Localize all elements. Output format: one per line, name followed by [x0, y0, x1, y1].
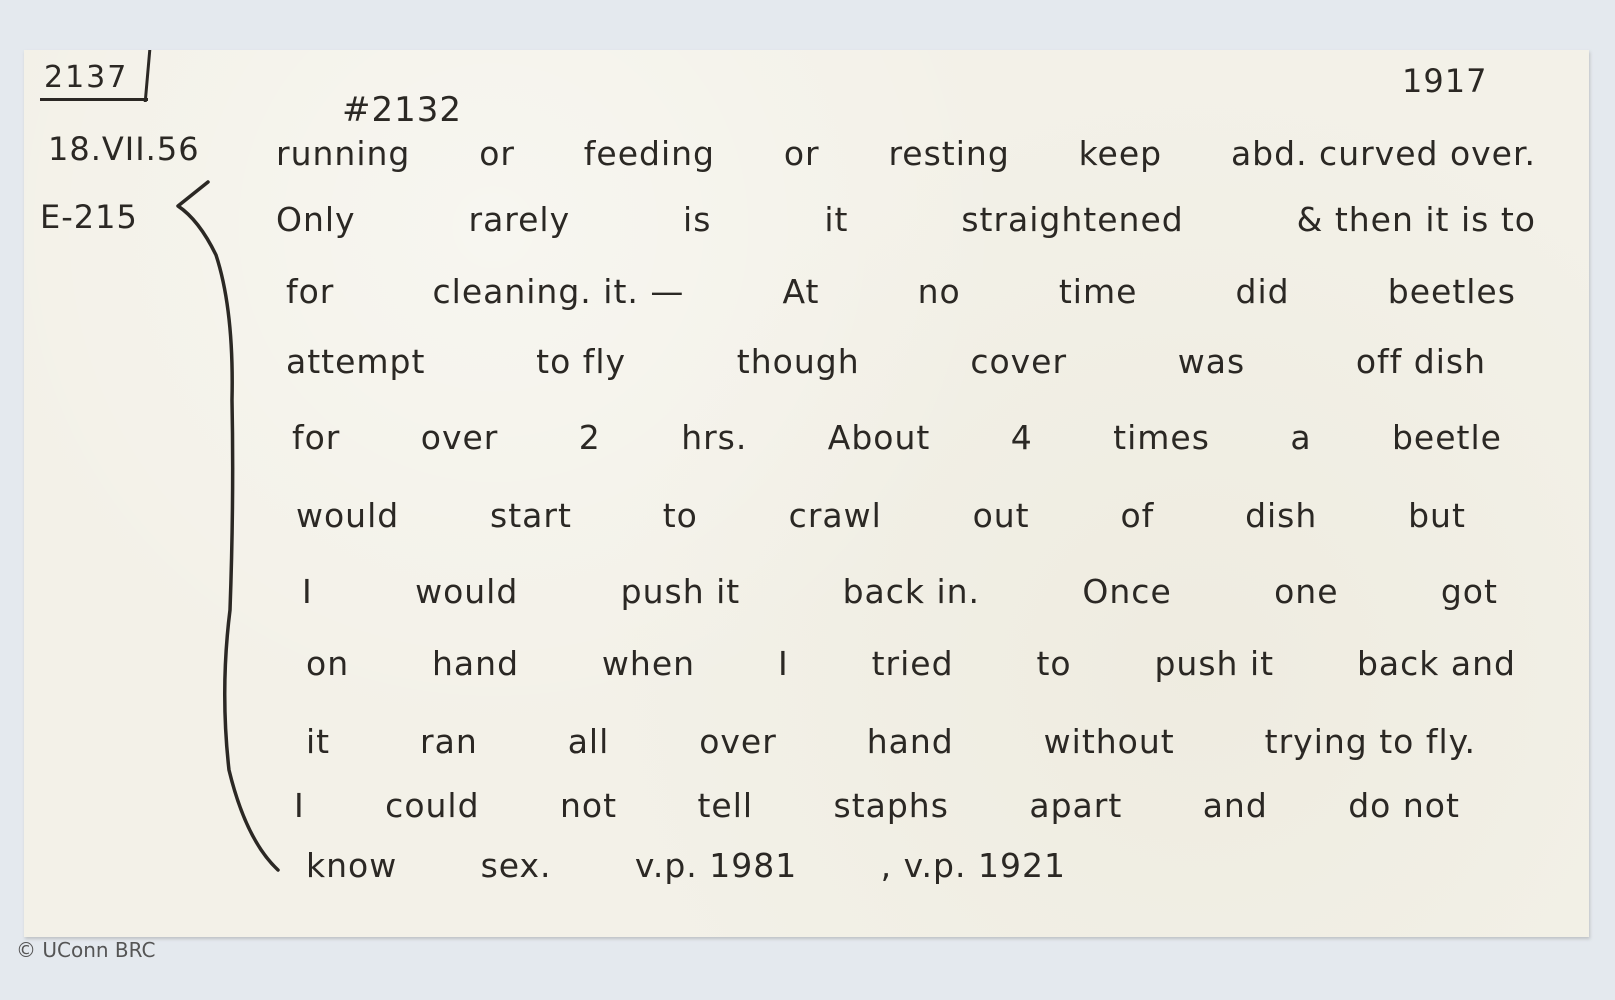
- word: sex.: [481, 846, 552, 885]
- word: but: [1408, 496, 1466, 535]
- word: it: [824, 200, 848, 239]
- word: hand: [867, 722, 954, 761]
- field-number: E-215: [40, 198, 138, 236]
- word: At: [783, 272, 820, 311]
- cross-reference: v.p. 1981: [635, 846, 797, 885]
- word: was: [1178, 342, 1245, 381]
- word: Only: [276, 200, 356, 239]
- word: 4: [1011, 418, 1033, 457]
- word: on: [306, 644, 349, 683]
- word: apart: [1029, 786, 1122, 825]
- note-line-6: would start to crawl out of dish but: [296, 496, 1466, 535]
- note-line-5: for over 2 hrs. About 4 times a beetle: [292, 418, 1502, 457]
- word: crawl: [789, 496, 882, 535]
- word: and: [1203, 786, 1268, 825]
- word: it: [306, 722, 330, 761]
- word: though: [737, 342, 860, 381]
- word: to fly: [536, 342, 626, 381]
- word: did: [1236, 272, 1290, 311]
- word: for: [286, 272, 334, 311]
- word: cleaning. it. —: [433, 272, 685, 311]
- word: when: [602, 644, 695, 683]
- note-line-4: attempt to fly though cover was off dish: [286, 342, 1486, 381]
- word: hand: [432, 644, 519, 683]
- word: attempt: [286, 342, 425, 381]
- word: would: [415, 572, 518, 611]
- word: not: [560, 786, 617, 825]
- note-line-10: I could not tell staphs apart and do not: [294, 786, 1460, 825]
- note-line-9: it ran all over hand without trying to f…: [306, 722, 1476, 761]
- word: one: [1274, 572, 1338, 611]
- word: feeding: [584, 134, 715, 173]
- catalog-number-box: 2137: [32, 50, 144, 100]
- collection-date: 18.VII.56: [48, 130, 200, 168]
- word: to: [1036, 644, 1071, 683]
- word: beetles: [1388, 272, 1516, 311]
- word: off dish: [1356, 342, 1486, 381]
- word: 2: [579, 418, 601, 457]
- word: know: [306, 846, 397, 885]
- word: Once: [1082, 572, 1171, 611]
- word: About: [828, 418, 931, 457]
- word: to: [663, 496, 698, 535]
- word: of: [1120, 496, 1154, 535]
- word: hrs.: [681, 418, 747, 457]
- word: or: [479, 134, 515, 173]
- copyright-notice: © UConn BRC: [16, 938, 156, 962]
- word: straightened: [961, 200, 1183, 239]
- cross-reference: , v.p. 1921: [881, 846, 1066, 885]
- word: start: [490, 496, 572, 535]
- word: push it: [621, 572, 741, 611]
- note-line-2: Only rarely is it straightened & then it…: [276, 200, 1536, 239]
- word: for: [292, 418, 340, 457]
- word: I: [302, 572, 313, 611]
- word: resting: [888, 134, 1009, 173]
- word: do not: [1348, 786, 1460, 825]
- word: trying to fly.: [1265, 722, 1476, 761]
- word: over: [421, 418, 499, 457]
- word: back and: [1357, 644, 1516, 683]
- note-line-7: I would push it back in. Once one got: [302, 572, 1498, 611]
- word: got: [1441, 572, 1498, 611]
- word: a: [1290, 418, 1311, 457]
- word: time: [1059, 272, 1138, 311]
- word: push it: [1154, 644, 1274, 683]
- word: or: [784, 134, 820, 173]
- catalog-number: 2137: [44, 60, 128, 95]
- note-line-11: know sex. v.p. 1981 , v.p. 1921: [306, 846, 1066, 885]
- word: abd. curved over.: [1231, 134, 1536, 173]
- word: could: [385, 786, 479, 825]
- word: beetle: [1392, 418, 1502, 457]
- word: ran: [420, 722, 478, 761]
- word: tried: [872, 644, 954, 683]
- word: rarely: [469, 200, 571, 239]
- catalog-underline: [40, 98, 148, 101]
- word: staphs: [834, 786, 949, 825]
- word: over: [699, 722, 777, 761]
- word: I: [778, 644, 789, 683]
- word: out: [973, 496, 1030, 535]
- specimen-note-card: 2137 #2132 1917 18.VII.56 E-215 running …: [24, 50, 1589, 937]
- word: keep: [1079, 134, 1163, 173]
- word: dish: [1245, 496, 1317, 535]
- note-line-8: on hand when I tried to push it back and: [306, 644, 1516, 683]
- word: no: [918, 272, 961, 311]
- word: cover: [970, 342, 1067, 381]
- word: without: [1044, 722, 1175, 761]
- note-line-3: for cleaning. it. — At no time did beetl…: [286, 272, 1516, 311]
- word: I: [294, 786, 305, 825]
- word: back in.: [843, 572, 981, 611]
- page-number: 1917: [1402, 62, 1487, 100]
- word: is: [683, 200, 711, 239]
- word: all: [568, 722, 610, 761]
- word: & then it is to: [1297, 200, 1536, 239]
- word: would: [296, 496, 399, 535]
- word: tell: [697, 786, 753, 825]
- record-number: #2132: [342, 90, 462, 130]
- catalog-box-edge: [144, 50, 152, 102]
- word: running: [276, 134, 410, 173]
- word: times: [1113, 418, 1210, 457]
- note-line-1: running or feeding or resting keep abd. …: [276, 134, 1536, 173]
